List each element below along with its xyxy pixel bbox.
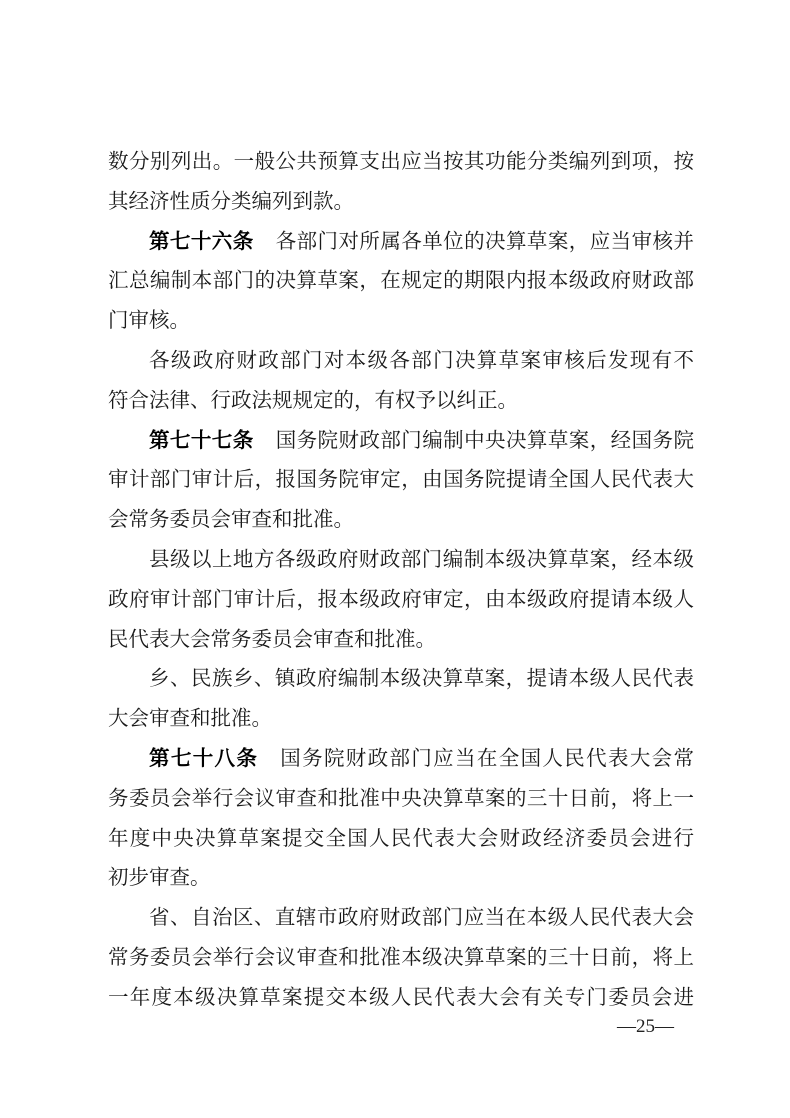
paragraph-continued: 数分别列出。一般公共预算支出应当按其功能分类编列到项，按 其经济性质分类编列到款… <box>108 142 694 222</box>
text-line: 汇总编制本部门的决算草案，在规定的期限内报本级政府财政部 <box>108 261 694 301</box>
paragraph: 省、自治区、直辖市政府财政部门应当在本级人民代表大会 常务委员会举行会议审查和批… <box>108 898 694 1017</box>
text-line: 第七十七条国务院财政部门编制中央决算草案，经国务院 <box>108 421 694 461</box>
text-line: 常务委员会举行会议审查和批准本级决算草案的三十日前，将上 <box>108 938 694 978</box>
text-line: 大会审查和批准。 <box>108 699 694 739</box>
paragraph: 各级政府财政部门对本级各部门决算草案审核后发现有不 符合法律、行政法规规定的，有… <box>108 341 694 421</box>
text-line: 政府审计部门审计后，报本级政府审定，由本级政府提请本级人 <box>108 580 694 620</box>
text-line: 门审核。 <box>108 301 694 341</box>
text-line: 县级以上地方各级政府财政部门编制本级决算草案，经本级 <box>108 540 694 580</box>
page-number: —25— <box>617 1016 674 1038</box>
text-span: 国务院财政部门应当在全国人民代表大会常 <box>280 746 694 770</box>
document-page: 数分别列出。一般公共预算支出应当按其功能分类编列到项，按 其经济性质分类编列到款… <box>108 142 694 1018</box>
text-line: 务委员会举行会议审查和批准中央决算草案的三十日前，将上一 <box>108 779 694 819</box>
paragraph: 县级以上地方各级政府财政部门编制本级决算草案，经本级 政府审计部门审计后，报本级… <box>108 540 694 659</box>
article-heading: 第七十七条 <box>149 428 254 452</box>
text-line: 数分别列出。一般公共预算支出应当按其功能分类编列到项，按 <box>108 142 694 182</box>
text-line: 各级政府财政部门对本级各部门决算草案审核后发现有不 <box>108 341 694 381</box>
text-line: 审计部门审计后，报国务院审定，由国务院提请全国人民代表大 <box>108 460 694 500</box>
article-heading: 第七十六条 <box>149 229 254 253</box>
article-76: 第七十六条各部门对所属各单位的决算草案，应当审核并 汇总编制本部门的决算草案，在… <box>108 222 694 341</box>
text-line: 省、自治区、直辖市政府财政部门应当在本级人民代表大会 <box>108 898 694 938</box>
article-78: 第七十八条国务院财政部门应当在全国人民代表大会常 务委员会举行会议审查和批准中央… <box>108 739 694 898</box>
text-line: 年度中央决算草案提交全国人民代表大会财政经济委员会进行 <box>108 819 694 859</box>
article-77: 第七十七条国务院财政部门编制中央决算草案，经国务院 审计部门审计后，报国务院审定… <box>108 421 694 540</box>
text-line: 其经济性质分类编列到款。 <box>108 182 694 222</box>
text-span: 各部门对所属各单位的决算草案，应当审核并 <box>276 229 694 253</box>
text-span: 国务院财政部门编制中央决算草案，经国务院 <box>276 428 694 452</box>
text-line: 第七十八条国务院财政部门应当在全国人民代表大会常 <box>108 739 694 779</box>
text-line: 乡、民族乡、镇政府编制本级决算草案，提请本级人民代表 <box>108 659 694 699</box>
article-heading: 第七十八条 <box>149 746 258 770</box>
text-line: 符合法律、行政法规规定的，有权予以纠正。 <box>108 381 694 421</box>
text-line: 初步审查。 <box>108 858 694 898</box>
text-line: 会常务委员会审查和批准。 <box>108 500 694 540</box>
paragraph: 乡、民族乡、镇政府编制本级决算草案，提请本级人民代表 大会审查和批准。 <box>108 659 694 739</box>
text-line: 一年度本级决算草案提交本级人民代表大会有关专门委员会进 <box>108 978 694 1018</box>
text-line: 第七十六条各部门对所属各单位的决算草案，应当审核并 <box>108 222 694 262</box>
text-line: 民代表大会常务委员会审查和批准。 <box>108 620 694 660</box>
